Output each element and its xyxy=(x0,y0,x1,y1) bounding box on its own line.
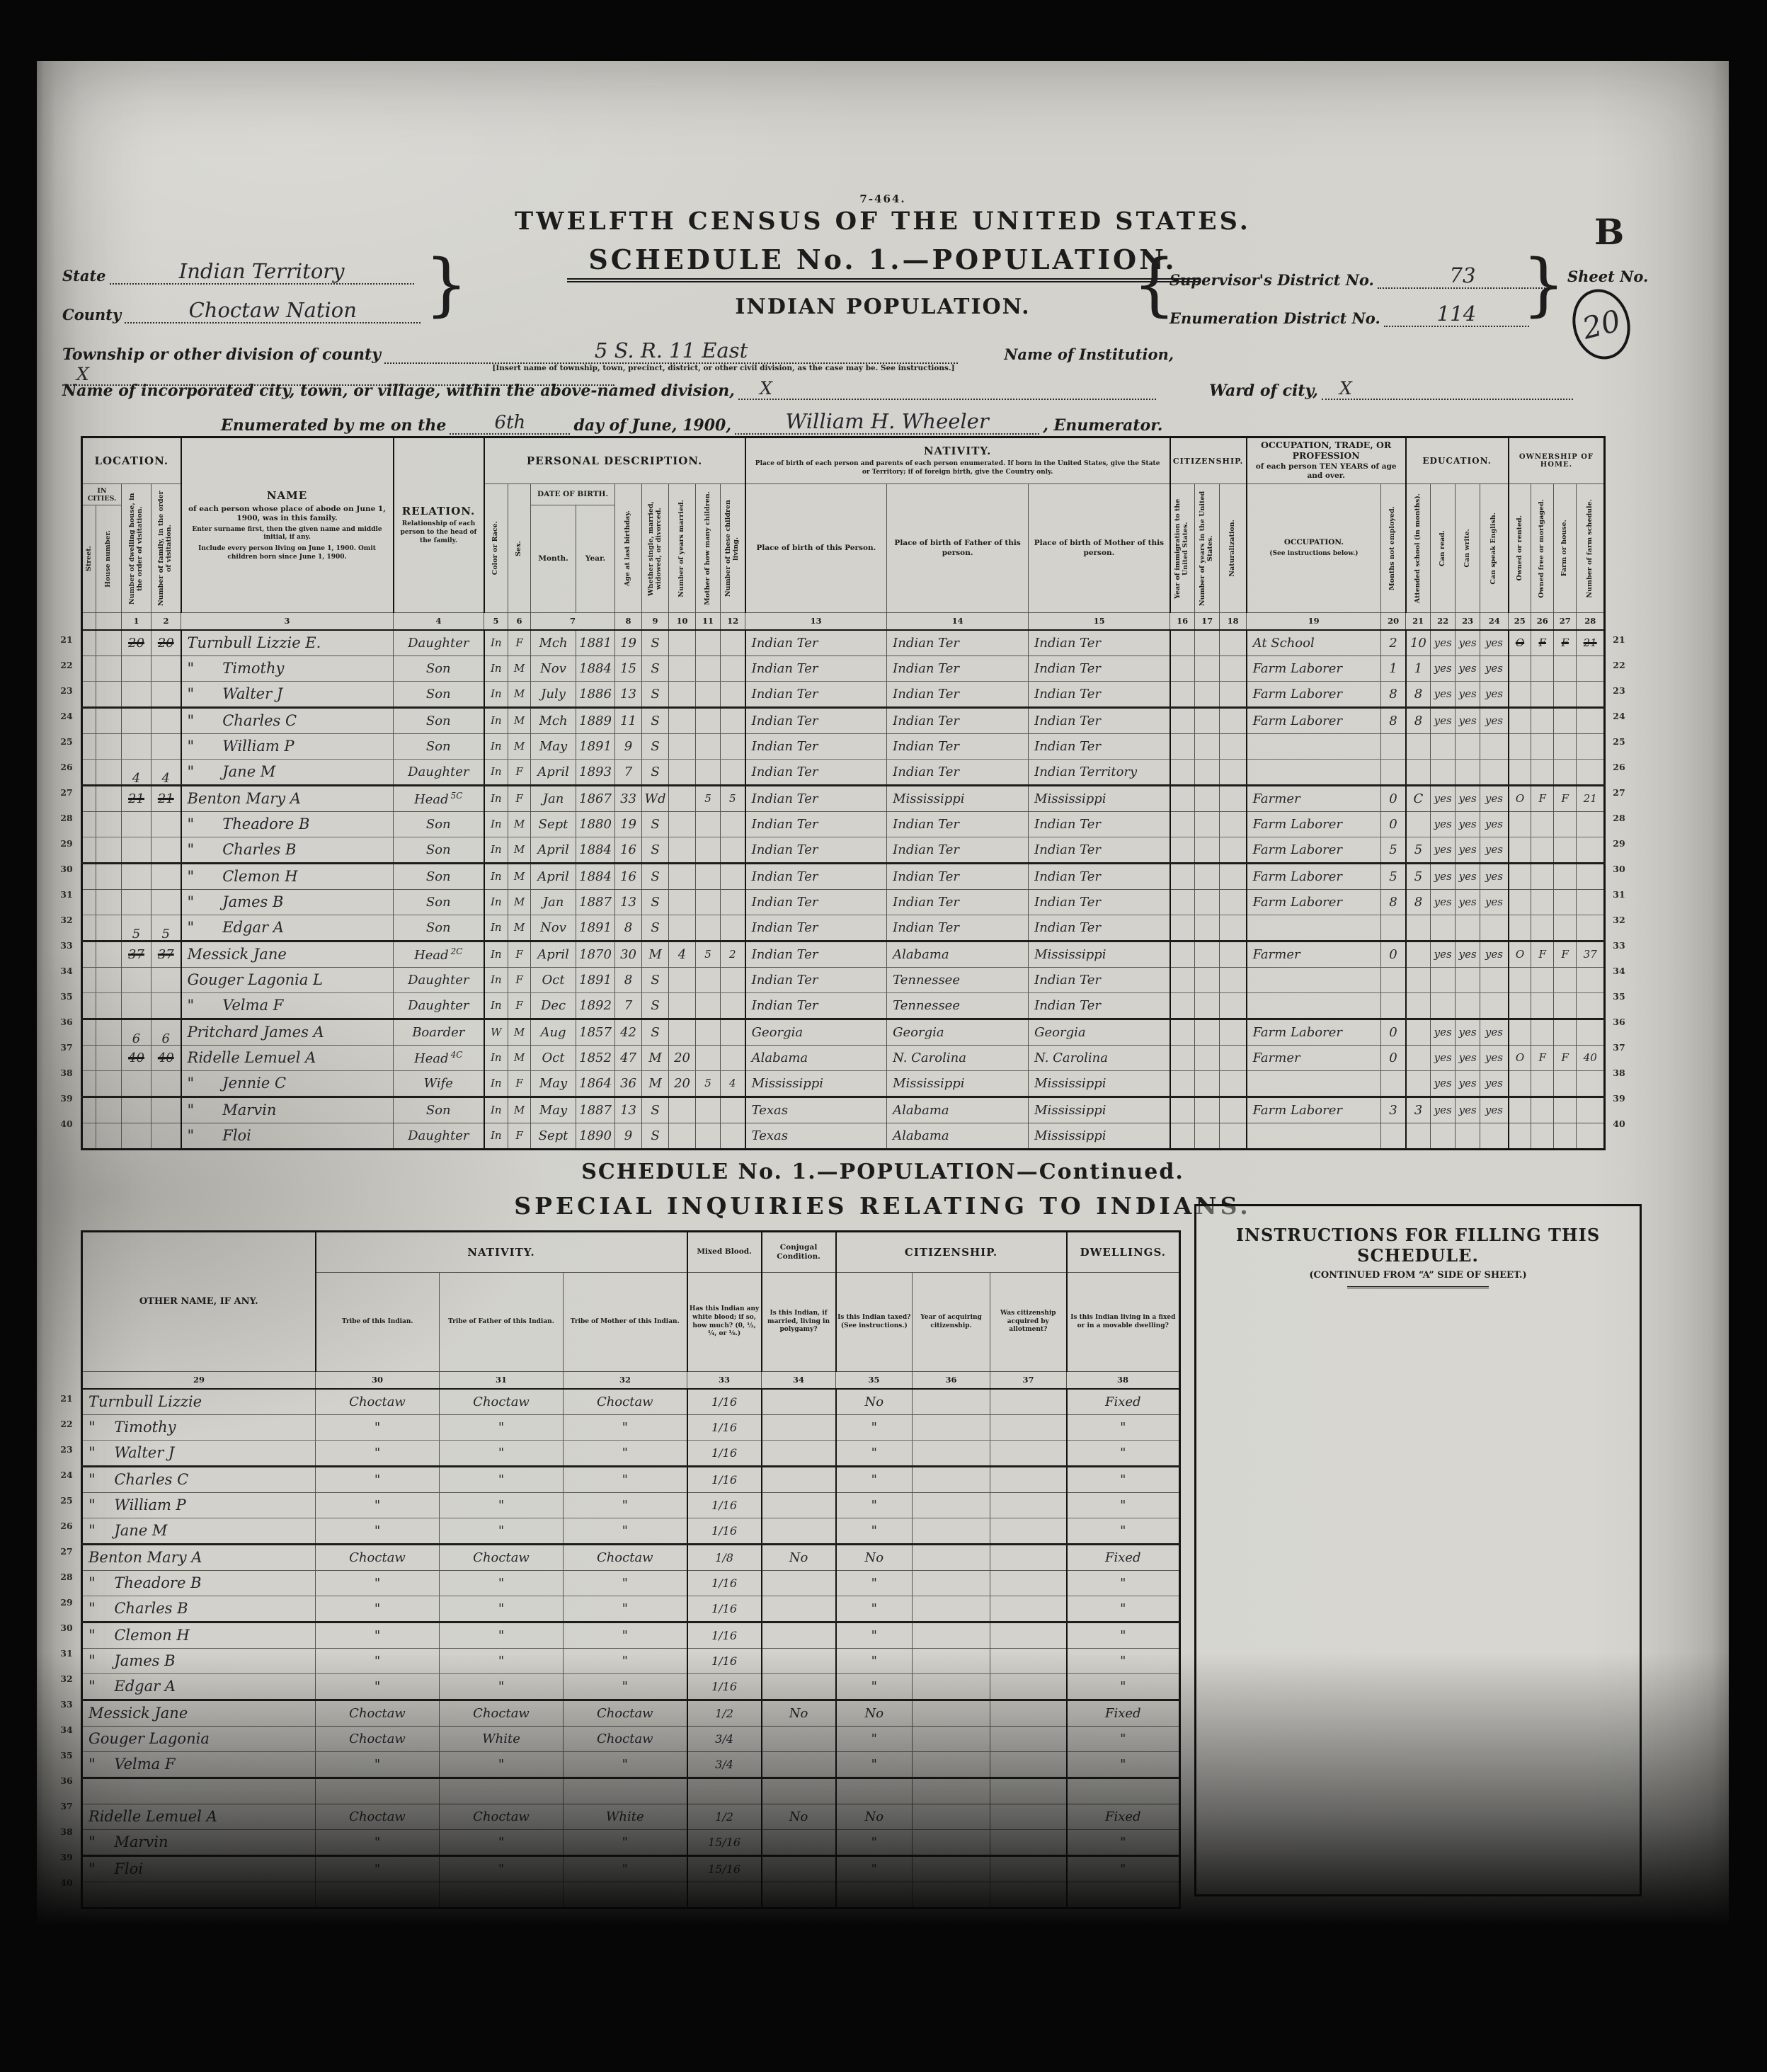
cell-age: 19 xyxy=(615,630,642,656)
cell-mar: S xyxy=(642,837,669,863)
cell-write xyxy=(1456,1123,1480,1149)
cell-pobf: Indian Ter xyxy=(887,915,1029,941)
table-row: 2020Turnbull Lizzie E.DaughterInFMch1881… xyxy=(82,630,1605,656)
cell-nat xyxy=(1220,733,1247,759)
cell-dwell: " xyxy=(1067,1829,1180,1855)
cell-read: yes xyxy=(1431,837,1456,863)
header-children-living: Number of these children living. xyxy=(721,484,745,613)
row-number: 23 xyxy=(1609,678,1629,704)
cell-blood: 1/16 xyxy=(687,1440,762,1466)
cell-tribem xyxy=(564,1778,687,1804)
table-row: " William P"""1/16"" xyxy=(82,1492,1180,1518)
cell-fam: 4 xyxy=(151,765,181,791)
row-number: 26 xyxy=(57,755,76,780)
cell-dwell: " xyxy=(1067,1648,1180,1673)
cell-color: In xyxy=(484,811,508,837)
state-line: State Indian Territory xyxy=(62,259,414,285)
cell-age: 33 xyxy=(615,785,642,811)
cell-sex: F xyxy=(508,941,531,967)
cell-mom xyxy=(696,811,721,837)
cell-tribef: " xyxy=(440,1466,564,1492)
cell-color: In xyxy=(484,941,508,967)
cell-tribe: " xyxy=(316,1466,440,1492)
cell-mom: 5 xyxy=(696,1070,721,1097)
cell-yrsus xyxy=(1195,707,1220,733)
cell-pobm: Mississippi xyxy=(1029,785,1170,811)
cell-taxed: " xyxy=(836,1855,913,1882)
cell-sex: M xyxy=(508,837,531,863)
cell-free: F xyxy=(1531,941,1554,967)
cell-blood: 1/16 xyxy=(687,1389,762,1415)
cell-imm xyxy=(1170,941,1195,967)
row-number: 22 xyxy=(57,653,76,678)
cell-year: 1893 xyxy=(576,759,615,785)
cell-pob: Indian Ter xyxy=(745,837,887,863)
cell-pobm: Indian Ter xyxy=(1029,863,1170,889)
cell-street xyxy=(82,1123,96,1149)
cell-ycit xyxy=(913,1804,990,1829)
table-row: " Velma F"""3/4"" xyxy=(82,1751,1180,1778)
cell-allot xyxy=(990,1673,1067,1700)
cell-dwell: " xyxy=(1067,1466,1180,1492)
header-pob: Place of birth of this Person. xyxy=(745,484,887,613)
cell-owned xyxy=(1509,656,1531,681)
township-label: Township or other division of county xyxy=(62,345,381,364)
row-number: 39 xyxy=(1609,1086,1629,1111)
cell-blood: 1/2 xyxy=(687,1804,762,1829)
cell-pobf: N. Carolina xyxy=(887,1045,1029,1070)
column-number: 1 xyxy=(122,613,151,630)
column-numbers-row: 1234567891011121314151617181920212223242… xyxy=(82,613,1605,630)
cell-year: 1887 xyxy=(576,889,615,915)
header-farm-schedule: Number of farm schedule. xyxy=(1577,484,1605,613)
cell-school: 8 xyxy=(1406,681,1431,707)
cell-fam: 6 xyxy=(151,1025,181,1051)
cell-rel: Son xyxy=(394,837,484,863)
cell-rel: Daughter xyxy=(394,992,484,1019)
cell-farm: F xyxy=(1554,630,1577,656)
cell-pobm: Indian Ter xyxy=(1029,967,1170,992)
cell-eng: yes xyxy=(1480,1097,1509,1123)
cell-liv xyxy=(721,759,745,785)
cell-allot xyxy=(990,1544,1067,1570)
cell-sched xyxy=(1577,1097,1605,1123)
cell-mom xyxy=(696,837,721,863)
cell-tribef: " xyxy=(440,1855,564,1882)
cell-nat xyxy=(1220,1097,1247,1123)
header-owned-free: Owned free or mortgaged. xyxy=(1531,484,1554,613)
cell-street xyxy=(82,811,96,837)
cell-eng: yes xyxy=(1480,630,1509,656)
cell-ycit xyxy=(913,1829,990,1855)
cell-nat xyxy=(1220,811,1247,837)
cell-eng: yes xyxy=(1480,1019,1509,1045)
row-number: 36 xyxy=(57,1768,76,1794)
cell-year: 1867 xyxy=(576,785,615,811)
table-row: " Charles BSonInMApril188416SIndian TerI… xyxy=(82,837,1605,863)
supervisor-line: Supervisor's District No. 73 xyxy=(1170,263,1548,289)
census-sheet: 7-464. TWELFTH CENSUS OF THE UNITED STAT… xyxy=(37,61,1729,1950)
column-number: 33 xyxy=(687,1372,762,1389)
occupation-sub: of each person TEN YEARS of age and over… xyxy=(1247,461,1405,482)
cell-owned xyxy=(1509,992,1531,1019)
cell-pob: Alabama xyxy=(745,1045,887,1070)
cell-owned: O xyxy=(1509,785,1531,811)
cell-nat xyxy=(1220,785,1247,811)
cell-nat xyxy=(1220,707,1247,733)
cell-month: Nov xyxy=(531,656,576,681)
cell-sched xyxy=(1577,889,1605,915)
cell-ycit xyxy=(913,1648,990,1673)
row-number: 31 xyxy=(57,882,76,908)
cell-mom: 5 xyxy=(696,941,721,967)
cell-tribef: " xyxy=(440,1518,564,1544)
cell-school: 5 xyxy=(1406,863,1431,889)
header-allotment: Was citizenship acquired by allotment? xyxy=(990,1273,1067,1372)
cell-read: yes xyxy=(1431,707,1456,733)
cell-dwell: " xyxy=(1067,1855,1180,1882)
column-number: 6 xyxy=(508,613,531,630)
row-number: 31 xyxy=(1609,882,1629,908)
cell-eng: yes xyxy=(1480,1070,1509,1097)
cell-sex: M xyxy=(508,889,531,915)
column-number: 29 xyxy=(82,1372,316,1389)
cell-imm xyxy=(1170,1097,1195,1123)
cell-allot xyxy=(990,1648,1067,1673)
indian-inquiries-table-body: Turnbull LizzieChoctawChoctawChoctaw1/16… xyxy=(82,1389,1180,1908)
occupation-title: OCCUPATION, TRADE, OR PROFESSION xyxy=(1247,440,1405,461)
cell-yrsm xyxy=(669,681,696,707)
cell-mom xyxy=(696,1045,721,1070)
cell-free: F xyxy=(1531,630,1554,656)
cell-mom xyxy=(696,1097,721,1123)
cell-yrsus xyxy=(1195,1123,1220,1149)
cell-sex: M xyxy=(508,656,531,681)
cell-yrsm xyxy=(669,630,696,656)
cell-month: Aug xyxy=(531,1019,576,1045)
cell-pobf: Georgia xyxy=(887,1019,1029,1045)
table-row: " Walter J"""1/16"" xyxy=(82,1440,1180,1466)
cell-write: yes xyxy=(1456,941,1480,967)
cell-owned xyxy=(1509,889,1531,915)
indian-inquiries-table: OTHER NAME, IF ANY. NATIVITY. Mixed Bloo… xyxy=(81,1230,1181,1909)
cell-pobf: Indian Ter xyxy=(887,681,1029,707)
cell-sex: M xyxy=(508,681,531,707)
cell-school: 8 xyxy=(1406,707,1431,733)
cell-dw: 4 xyxy=(122,765,151,791)
city-value: X xyxy=(760,378,772,399)
column-number: 28 xyxy=(1577,613,1605,630)
table-row: " Velma FDaughterInFDec18927SIndian TerT… xyxy=(82,992,1605,1019)
cell-month: July xyxy=(531,681,576,707)
cell-tribef: White xyxy=(440,1726,564,1751)
header-other-name: OTHER NAME, IF ANY. xyxy=(82,1232,316,1372)
cell-farm xyxy=(1554,811,1577,837)
cell-pob: Texas xyxy=(745,1123,887,1149)
cell-color: In xyxy=(484,915,508,941)
cell-blood: 1/16 xyxy=(687,1570,762,1596)
cell-pobf: Alabama xyxy=(887,941,1029,967)
cell-name: " Charles C xyxy=(82,1466,316,1492)
row-number: 24 xyxy=(57,1463,76,1488)
table-row: " Floi"""15/16"" xyxy=(82,1855,1180,1882)
cell-liv xyxy=(721,837,745,863)
cell-pobf: Alabama xyxy=(887,1097,1029,1123)
cell-poly xyxy=(762,1648,836,1673)
ward-label: Ward of city, xyxy=(1209,382,1318,400)
cell-occ: Farmer xyxy=(1247,941,1381,967)
cell-read: yes xyxy=(1431,1045,1456,1070)
cell-year: 1891 xyxy=(576,915,615,941)
table-row: 2121Benton Mary AHead5CInFJan186733Wd55I… xyxy=(82,785,1605,811)
cell-liv: 5 xyxy=(721,785,745,811)
cell-tribem: Choctaw xyxy=(564,1389,687,1415)
cell-sched xyxy=(1577,1070,1605,1097)
column-number: 16 xyxy=(1170,613,1195,630)
cell-yrsm xyxy=(669,759,696,785)
table-row xyxy=(82,1778,1180,1804)
cell-liv: 4 xyxy=(721,1070,745,1097)
cell-house xyxy=(96,630,122,656)
cell-fam xyxy=(151,656,181,681)
cell-ycit xyxy=(913,1389,990,1415)
row-number: 30 xyxy=(57,857,76,882)
cell-tribem: " xyxy=(564,1466,687,1492)
cell-yrsm xyxy=(669,863,696,889)
cell-pobf: Indian Ter xyxy=(887,733,1029,759)
cell-rel: Son xyxy=(394,863,484,889)
cell-rel: Son xyxy=(394,707,484,733)
enumeration-value: 114 xyxy=(1437,302,1476,326)
cell-free: F xyxy=(1531,785,1554,811)
cell-school xyxy=(1406,941,1431,967)
scan-edge-shade xyxy=(37,61,55,1950)
cell-pob: Indian Ter xyxy=(745,785,887,811)
cell-taxed: " xyxy=(836,1726,913,1751)
cell-liv xyxy=(721,707,745,733)
row-number: 30 xyxy=(57,1615,76,1641)
cell-mom xyxy=(696,889,721,915)
header-nativity-2: NATIVITY. xyxy=(316,1232,687,1273)
row-number: 33 xyxy=(57,1692,76,1717)
county-line: County Choctaw Nation xyxy=(62,298,421,324)
cell-street xyxy=(82,941,96,967)
cell-age: 19 xyxy=(615,811,642,837)
header-tribe-father: Tribe of Father of this Indian. xyxy=(440,1273,564,1372)
cell-house xyxy=(96,1019,122,1045)
cell-taxed: " xyxy=(836,1570,913,1596)
row-number: 26 xyxy=(1609,755,1629,780)
cell-tribem: " xyxy=(564,1492,687,1518)
cell-unemp xyxy=(1381,915,1406,941)
cell-occ xyxy=(1247,759,1381,785)
cell-tribef: " xyxy=(440,1622,564,1648)
cell-house xyxy=(96,681,122,707)
divider xyxy=(1347,1286,1489,1288)
cell-age: 16 xyxy=(615,863,642,889)
cell-tribef: " xyxy=(440,1570,564,1596)
row-number: 40 xyxy=(1609,1111,1629,1137)
row-number: 33 xyxy=(57,933,76,958)
row-number: 40 xyxy=(57,1111,76,1137)
cell-street xyxy=(82,707,96,733)
cell-write: yes xyxy=(1456,889,1480,915)
column-number: 26 xyxy=(1531,613,1554,630)
cell-allot xyxy=(990,1440,1067,1466)
cell-yrsm: 20 xyxy=(669,1045,696,1070)
column-number: 37 xyxy=(990,1372,1067,1389)
header-mixed-blood: Mixed Blood. xyxy=(687,1232,762,1273)
cell-yrsus xyxy=(1195,1045,1220,1070)
cell-school: 5 xyxy=(1406,837,1431,863)
cell-yrsus xyxy=(1195,785,1220,811)
header-name: NAME of each person whose place of abode… xyxy=(181,437,394,613)
cell-name: " Walter J xyxy=(82,1440,316,1466)
cell-school xyxy=(1406,992,1431,1019)
cell-sex: M xyxy=(508,863,531,889)
cell-liv: 2 xyxy=(721,941,745,967)
table-row: " Theadore B"""1/16"" xyxy=(82,1570,1180,1596)
cell-fam xyxy=(151,707,181,733)
cell-unemp: 0 xyxy=(1381,941,1406,967)
row-number: 35 xyxy=(57,1743,76,1768)
cell-dwell: Fixed xyxy=(1067,1804,1180,1829)
cell-name: " Clemon H xyxy=(82,1622,316,1648)
cell-mar: M xyxy=(642,1045,669,1070)
cell-farm xyxy=(1554,915,1577,941)
column-number: 27 xyxy=(1554,613,1577,630)
cell-street xyxy=(82,889,96,915)
cell-ycit xyxy=(913,1518,990,1544)
row-number: 22 xyxy=(1609,653,1629,678)
cell-sched: 40 xyxy=(1577,1045,1605,1070)
population-table: LOCATION. NAME of each person whose plac… xyxy=(81,436,1606,1150)
column-number: 2 xyxy=(151,613,181,630)
cell-street xyxy=(82,630,96,656)
header-dwelling-desc: Is this Indian living in a fixed or in a… xyxy=(1067,1273,1180,1372)
table-row: 4040Ridelle Lemuel AHead4CInMOct185247M2… xyxy=(82,1045,1605,1070)
cell-name: " Velma F xyxy=(82,1751,316,1778)
cell-color: In xyxy=(484,681,508,707)
table-row: Gouger Lagonia LDaughterInFOct18918SIndi… xyxy=(82,967,1605,992)
cell-school xyxy=(1406,759,1431,785)
cell-name: " James B xyxy=(82,1648,316,1673)
enumerated-line: Enumerated by me on the 6th day of June,… xyxy=(221,409,1162,435)
row-number: 32 xyxy=(57,908,76,933)
cell-tribef: " xyxy=(440,1414,564,1440)
cell-nat xyxy=(1220,915,1247,941)
ward-value: X xyxy=(1339,378,1352,399)
cell-write: yes xyxy=(1456,785,1480,811)
cell-nat xyxy=(1220,681,1247,707)
continued-title: SCHEDULE No. 1.—POPULATION—Continued. xyxy=(37,1160,1729,1184)
cell-farm: F xyxy=(1554,941,1577,967)
cell-liv xyxy=(721,863,745,889)
cell-month: May xyxy=(531,733,576,759)
cell-tribem: " xyxy=(564,1855,687,1882)
cell-free xyxy=(1531,837,1554,863)
header-personal: PERSONAL DESCRIPTION. xyxy=(484,437,745,484)
column-number: 4 xyxy=(394,613,484,630)
cell-mar: S xyxy=(642,889,669,915)
cell-nat xyxy=(1220,967,1247,992)
cell-yrsus xyxy=(1195,967,1220,992)
cell-allot xyxy=(990,1829,1067,1855)
cell-year: 1891 xyxy=(576,967,615,992)
cell-ycit xyxy=(913,1492,990,1518)
cell-name: " Floi xyxy=(82,1855,316,1882)
cell-pobm: Indian Ter xyxy=(1029,707,1170,733)
cell-allot xyxy=(990,1518,1067,1544)
column-number: 11 xyxy=(696,613,721,630)
cell-tribef: " xyxy=(440,1648,564,1673)
row-number: 34 xyxy=(57,958,76,984)
cell-ycit xyxy=(913,1544,990,1570)
cell-street xyxy=(82,1019,96,1045)
cell-year: 1886 xyxy=(576,681,615,707)
row-number: 27 xyxy=(57,1539,76,1564)
instructions-subtitle: (CONTINUED FROM “A” SIDE OF SHEET.) xyxy=(1218,1270,1618,1281)
enumerated-day: 6th xyxy=(495,412,526,433)
header-pob-father: Place of birth of Father of this person. xyxy=(887,484,1029,613)
cell-yrsm xyxy=(669,967,696,992)
cell-year: 1889 xyxy=(576,707,615,733)
column-number: 25 xyxy=(1509,613,1531,630)
cell-street xyxy=(82,656,96,681)
cell-sched xyxy=(1577,863,1605,889)
cell-nat xyxy=(1220,1045,1247,1070)
cell-taxed: No xyxy=(836,1389,913,1415)
cell-age: 13 xyxy=(615,1097,642,1123)
cell-street xyxy=(82,1097,96,1123)
cell-taxed: " xyxy=(836,1596,913,1622)
cell-tribe: Choctaw xyxy=(316,1726,440,1751)
header-can-write: Can write. xyxy=(1456,484,1480,613)
cell-name: Gouger Lagonia L xyxy=(181,967,394,992)
cell-mom xyxy=(696,1123,721,1149)
header-family-number: Number of family, in the order of visita… xyxy=(151,484,181,613)
cell-taxed: No xyxy=(836,1804,913,1829)
cell-farm xyxy=(1554,1097,1577,1123)
supervisor-label: Supervisor's District No. xyxy=(1170,271,1374,289)
cell-tribe: " xyxy=(316,1414,440,1440)
cell-sex: M xyxy=(508,733,531,759)
cell-free xyxy=(1531,967,1554,992)
cell-fam xyxy=(151,837,181,863)
cell-dw: 6 xyxy=(122,1025,151,1051)
cell-free xyxy=(1531,915,1554,941)
cell-fam xyxy=(151,1123,181,1149)
cell-mar: S xyxy=(642,992,669,1019)
cell-tribem: Choctaw xyxy=(564,1544,687,1570)
cell-color: In xyxy=(484,630,508,656)
table-row: Messick JaneChoctawChoctawChoctaw1/2NoNo… xyxy=(82,1700,1180,1726)
cell-yrsus xyxy=(1195,941,1220,967)
cell-pobf: Alabama xyxy=(887,1123,1029,1149)
cell-name: " Marvin xyxy=(82,1829,316,1855)
cell-sched xyxy=(1577,915,1605,941)
cell-occ xyxy=(1247,967,1381,992)
cell-blood: 15/16 xyxy=(687,1855,762,1882)
cell-liv xyxy=(721,915,745,941)
cell-school xyxy=(1406,1123,1431,1149)
cell-name: " William P xyxy=(181,733,394,759)
cell-pobf: Tennessee xyxy=(887,992,1029,1019)
cell-tribe: " xyxy=(316,1673,440,1700)
table-row: " James BSonInMJan188713SIndian TerIndia… xyxy=(82,889,1605,915)
cell-tribem: " xyxy=(564,1673,687,1700)
cell-sex: F xyxy=(508,992,531,1019)
